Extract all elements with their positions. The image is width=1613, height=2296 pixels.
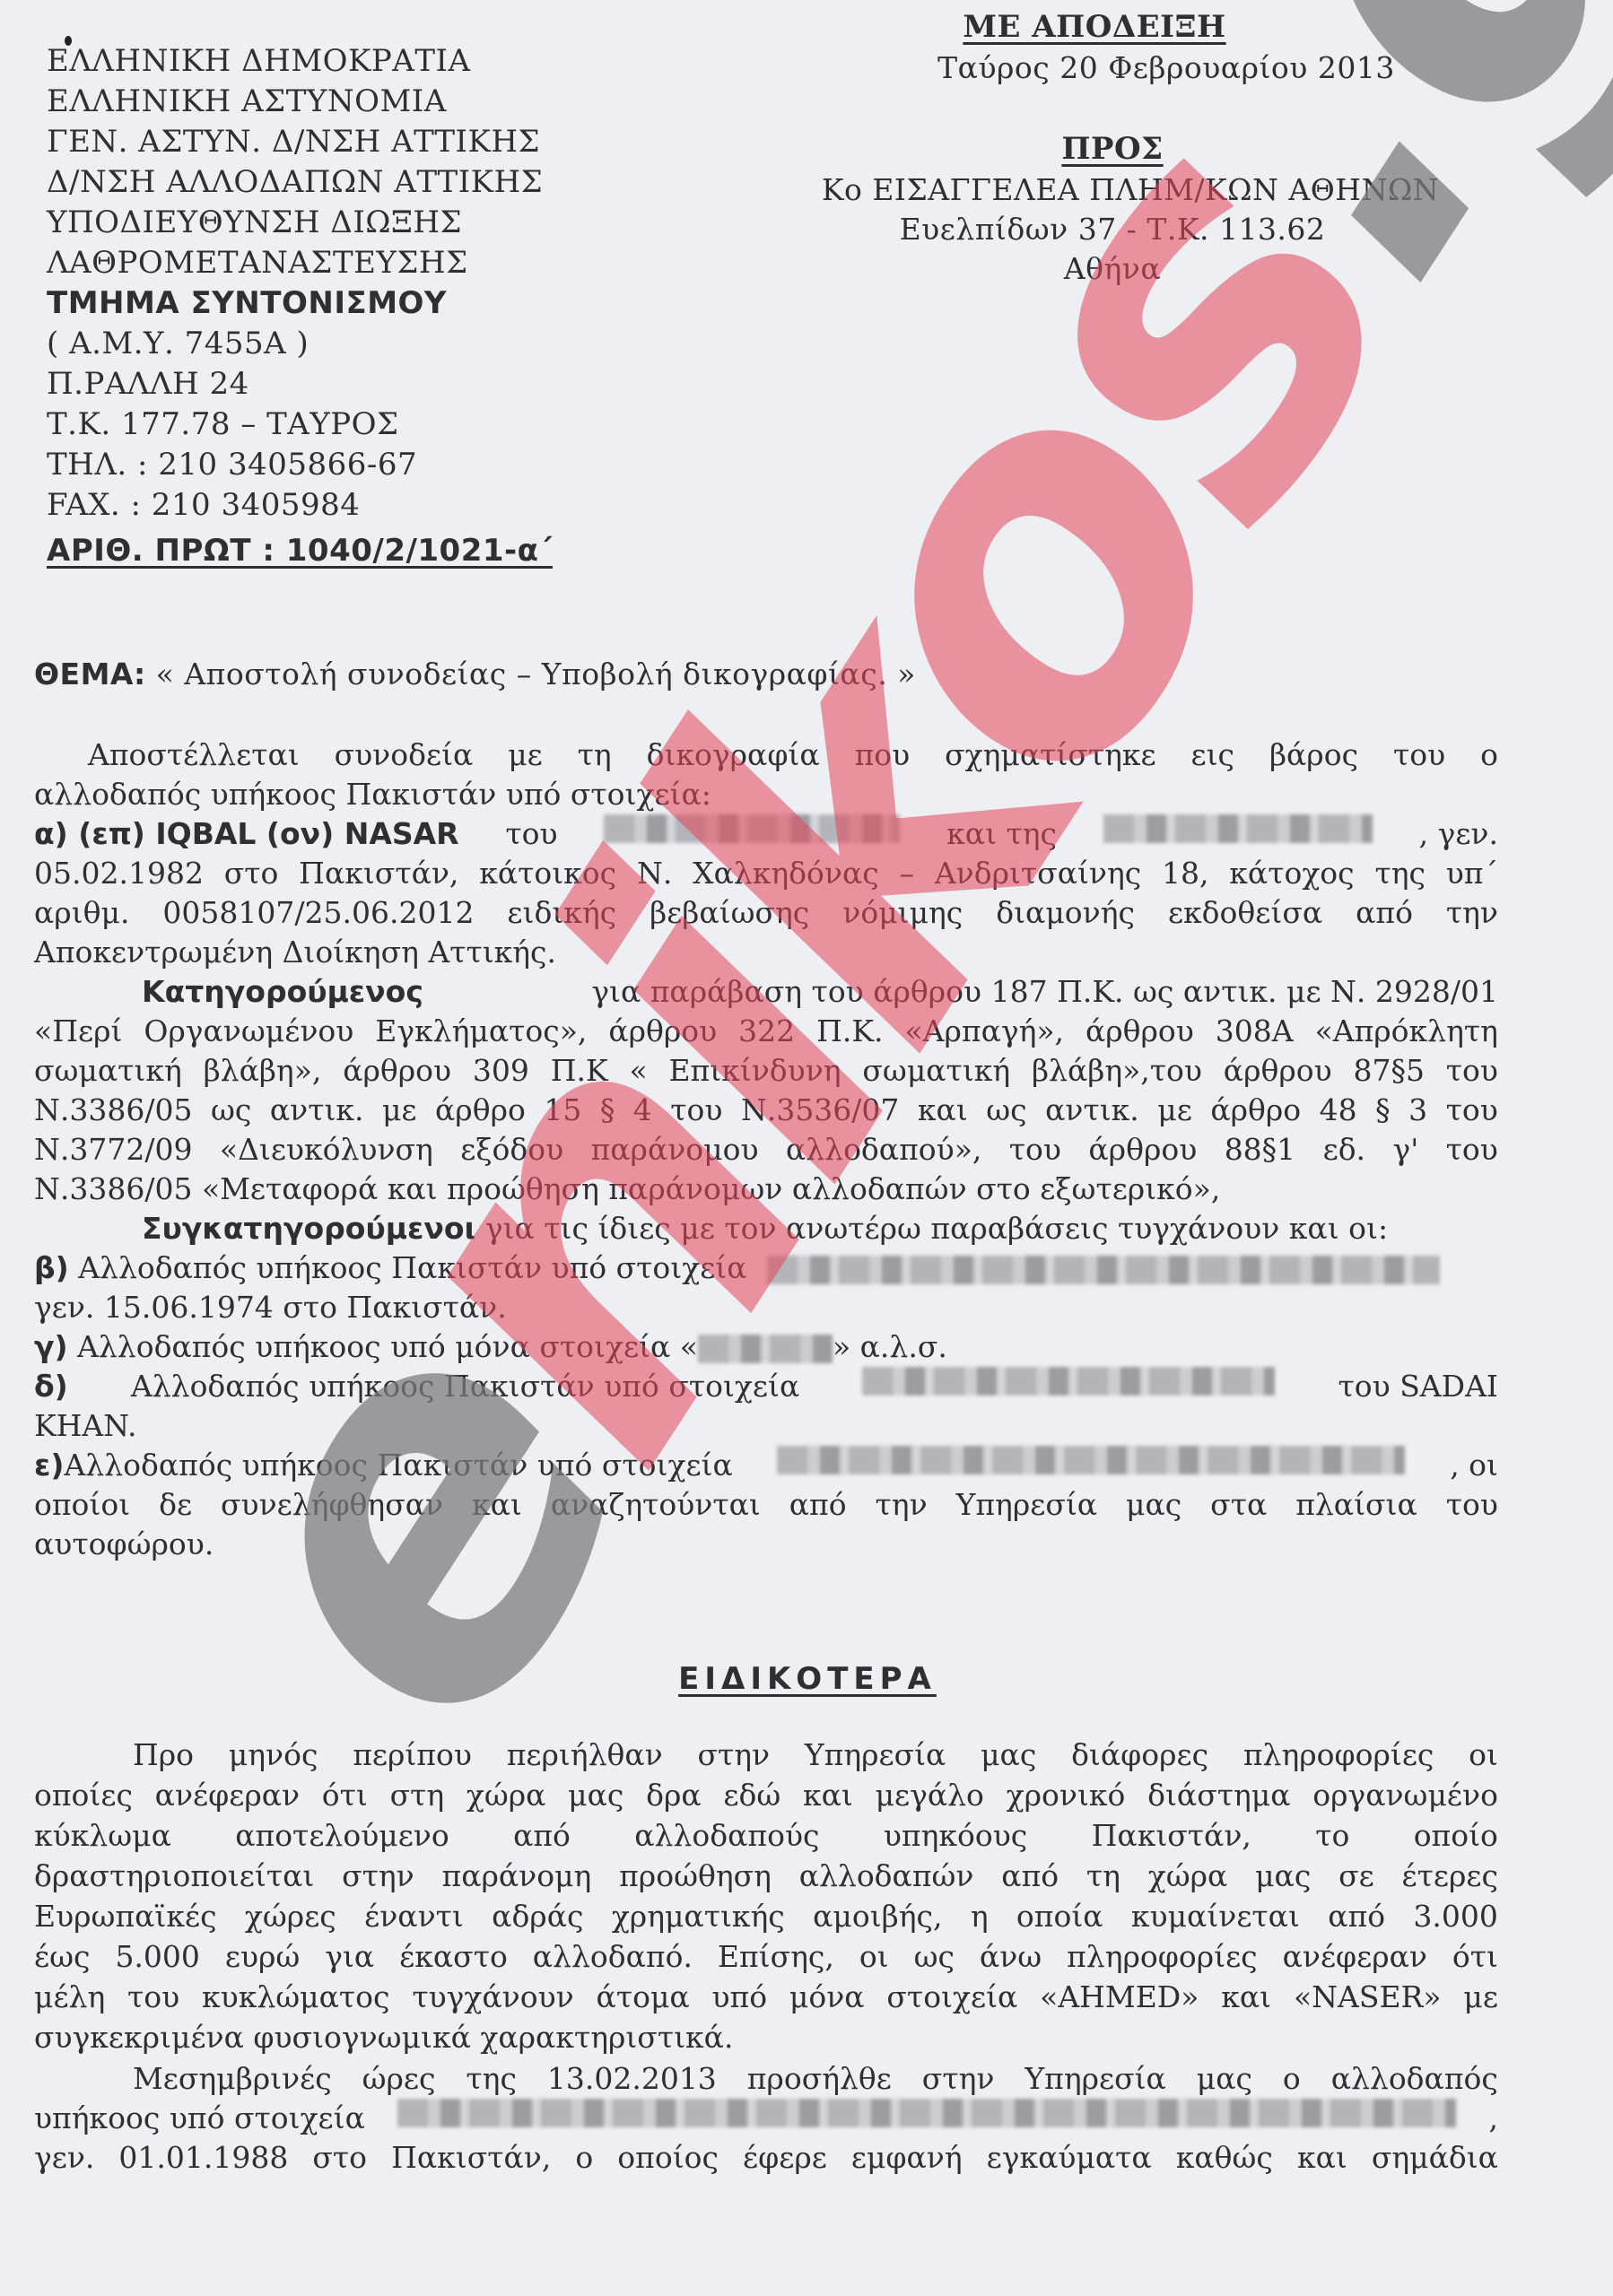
word: στο [224, 854, 279, 893]
details-line: δραστηριοποιείταιστηνπαράνομηπροώθησηαλλ… [34, 1857, 1498, 1896]
word: Πακιστάν, [391, 2138, 551, 2178]
word: και [918, 1091, 968, 1130]
word: αλλοδαπού», [786, 1130, 981, 1170]
word: έτερες [1402, 1857, 1498, 1896]
word: δικογραφία [647, 735, 820, 775]
word: 13.02.2013 [547, 2059, 717, 2099]
word: βεβαίωσης [650, 893, 809, 933]
text: για παράβαση του άρθρου 187 Π.Κ. ως αντι… [591, 972, 1498, 1012]
word: εδώ [723, 1776, 780, 1815]
word: Ανδριτσαίνης [935, 854, 1141, 893]
word: αλλοδαπούς [634, 1816, 819, 1856]
word: Επικίνδυνη [668, 1051, 841, 1091]
item-label: δ) [34, 1367, 68, 1406]
intro-line-2: αλλοδαπός υπήκοος Πακιστάν υπό στοιχεία: [34, 775, 1498, 814]
co-accused-b: β) Αλλοδαπός υπήκοος Πακιστάν υπό στοιχε… [34, 1248, 1498, 1288]
text: Αλλοδαπός υπήκοος Πακιστάν υπό στοιχεία [131, 1367, 799, 1406]
word: 88§1 [1225, 1130, 1296, 1170]
word: σημάδια [1372, 2138, 1498, 2178]
text: του SADAI [1338, 1367, 1498, 1406]
word: αντικ. [1045, 1091, 1139, 1130]
word: αλλοδαπός [1331, 2059, 1498, 2099]
word: αντικ. [270, 1091, 364, 1130]
intro-line-1: Αποστέλλεταισυνοδείαμετηδικογραφίαπουσχη… [34, 735, 1498, 775]
word: και [472, 1485, 522, 1525]
word: 48 [1320, 1091, 1357, 1130]
sender-header-line: Π.ΡΑΛΛΗ 24 [47, 364, 249, 404]
word: στην [342, 1857, 414, 1896]
word: αλλοδαπών [799, 1857, 974, 1896]
word: μας [1255, 1857, 1311, 1896]
word: ο [575, 2138, 593, 2178]
word: μηνός [229, 1735, 318, 1775]
word: με [382, 1091, 417, 1130]
word: διάφορες [1071, 1735, 1208, 1775]
charges-line: Ν.3386/05ωςαντικ.μεάρθρο15§4τουΝ.3536/07… [34, 1091, 1498, 1130]
word: με [1157, 1091, 1192, 1130]
word: έκαστο [399, 1937, 508, 1977]
word: στην [922, 2059, 995, 2099]
word: της [1374, 854, 1426, 893]
text: για τις ίδιες με τον ανωτέρω παραβάσεις … [475, 1211, 1388, 1246]
word: ο [1480, 735, 1498, 775]
sender-header-line: ΥΠΟΔΙΕΥΘΥΝΣΗ ΔΙΩΞΗΣ [47, 203, 462, 242]
recipient-city: Αθήνα [933, 249, 1292, 289]
word: ως [211, 1091, 251, 1130]
word: του [127, 1978, 179, 2017]
word: χώρα [1148, 1857, 1228, 1896]
word: εγκαύματα [987, 2138, 1152, 2178]
word: δε [159, 1485, 192, 1525]
co-accused-e: ε) Αλλοδαπός υπήκοος Πακιστάν υπό στοιχε… [34, 1446, 1498, 1485]
word: στη [390, 1776, 445, 1815]
word: μας [1197, 2059, 1252, 2099]
word: «AHMED» [1040, 1978, 1199, 2017]
word: αριθμ. [34, 893, 129, 933]
item-label: γ) [34, 1329, 68, 1364]
word: γεν. [34, 2138, 94, 2178]
word: 15 [544, 1091, 581, 1130]
place-date: Ταύρος 20 Φεβρουαρίου 2013 [861, 48, 1471, 88]
word: «NASER» [1294, 1978, 1442, 2017]
word: μας [1126, 1485, 1181, 1525]
word: και [1221, 1978, 1271, 2017]
word: κύκλωμα [34, 1816, 171, 1856]
charges-line: σωματικήβλάβη»,άρθρου309Π.Κ«Επικίνδυνησω… [34, 1051, 1498, 1091]
word: Αποστέλλεται [88, 735, 300, 775]
word: 87§5 [1353, 1051, 1425, 1091]
word: η [971, 1897, 989, 1936]
word: άρθρο [435, 1091, 526, 1130]
word: άρθρου [343, 1051, 451, 1091]
word: Ν.3772/09 [34, 1130, 192, 1170]
sender-header-line: Δ/ΝΣΗ ΑΛΛΟΔΑΠΩΝ ΑΤΤΙΚΗΣ [47, 162, 543, 202]
details-line: οποίεςανέφερανότιστηχώραμαςδραεδώκαιμεγά… [34, 1776, 1498, 1815]
accused-a-line: α) (επ) IQBAL (ον) NASAR του και της , γ… [34, 814, 1498, 854]
word: οποίο [1414, 1816, 1498, 1856]
word: ευρώ [225, 1937, 300, 1977]
word: πλαίσια [1295, 1485, 1417, 1525]
word: σωματική [34, 1051, 182, 1091]
details-line: μέλητουκυκλώματοςτυγχάνουνάτομαυπόμόναστ… [34, 1978, 1498, 2017]
word: διάστημα [1147, 1776, 1290, 1815]
details-line: Μεσημβρινέςώρεςτης13.02.2013προσήλθεστην… [34, 2059, 1498, 2099]
word: του [670, 1091, 722, 1130]
accused-a-line: 05.02.1982στοΠακιστάν,κάτοικοςΝ.Χαλκηδόν… [34, 854, 1498, 893]
word: του [1009, 1130, 1061, 1170]
charges-line: «ΠερίΟργανωμένουΕγκλήματος»,άρθρου322Π.Κ… [34, 1012, 1498, 1051]
redacted-name [604, 814, 900, 843]
recipient-address: Ευελπίδων 37 - Τ.Κ. 113.62 [825, 210, 1399, 249]
word: από [789, 1485, 847, 1525]
word: άρθρο [1210, 1091, 1301, 1130]
word: κυμαίνεται [1131, 1897, 1300, 1936]
word: ως [986, 1091, 1026, 1130]
word: τη [578, 735, 612, 775]
redacted-name [397, 2099, 1456, 2127]
word: με [508, 735, 543, 775]
to-label: ΠΡΟΣ [1023, 129, 1202, 169]
word: στο [312, 2138, 367, 2178]
word: για [325, 1937, 374, 1977]
word: «Περί [34, 1012, 122, 1051]
co-accused-c: γ) Αλλοδαπός υπήκοος υπό μόνα στοιχεία «… [34, 1327, 1498, 1367]
word: «Απρόκλητη [1315, 1012, 1498, 1051]
word: μέλη [34, 1978, 105, 2017]
word: αναζητούνται [551, 1485, 761, 1525]
word: ως [914, 1937, 955, 1977]
word: δραστηριοποιείται [34, 1857, 314, 1896]
word: Ν.3386/05 [34, 1091, 192, 1130]
word: χρηματικής [612, 1897, 785, 1936]
word: άρθρου [1224, 1051, 1332, 1091]
word: οποίος [617, 2138, 719, 2178]
word: κάτοχος [1229, 854, 1354, 893]
word: έναντι [364, 1897, 464, 1936]
details-line: υπήκοος υπό στοιχεία , [34, 2099, 1498, 2138]
word: οι [859, 1937, 889, 1977]
word: Υπηρεσία [1024, 2059, 1166, 2099]
word: αποτελούμενο [235, 1816, 449, 1856]
charges-line: Ν.3386/05 «Μεταφορά και προώθηση παράνομ… [34, 1170, 1498, 1209]
word: υπ΄ [1446, 854, 1498, 893]
word: ότι [1452, 1937, 1498, 1977]
word: τη [1086, 1857, 1120, 1896]
word: μόνα [789, 1978, 865, 2017]
word: του [1393, 735, 1445, 775]
recipient: Κο ΕΙΣΑΓΓΕΛΕΑ ΠΛΗΜ/ΚΩΝ ΑΘΗΝΩΝ [789, 170, 1471, 210]
subject-text: « Αποστολή συνοδείας – Υποβολή δικογραφί… [146, 657, 916, 691]
word: κυκλώματος [202, 1978, 389, 2017]
word: 322 [738, 1012, 795, 1051]
word: πληροφορίες [1243, 1735, 1434, 1775]
word: 5.000 [115, 1937, 199, 1977]
word: 3 [1408, 1091, 1427, 1130]
word: την [876, 1485, 928, 1525]
word: παράνομη [442, 1857, 592, 1896]
word: εδ. [1323, 1130, 1365, 1170]
word: Χαλκηδόνας [693, 854, 879, 893]
word: άρθρου [1088, 1130, 1197, 1170]
details-line: συγκεκριμένα φυσιογνωμικά χαρακτηριστικά… [34, 2018, 1498, 2057]
word: χώρες [245, 1897, 336, 1936]
word: και [803, 1776, 853, 1815]
word: από [513, 1816, 571, 1856]
word: νόμιμης [842, 893, 963, 933]
word: στην [697, 1735, 770, 1775]
details-line: ΠρομηνόςπερίπουπεριήλθανστηνΥπηρεσίαμαςδ… [34, 1735, 1498, 1775]
word: χώρα [466, 1776, 546, 1815]
details-line: έως5.000ευρώγιαέκαστοαλλοδαπό.Επίσης,οιω… [34, 1937, 1498, 1977]
word: ανέφεραν [1283, 1937, 1427, 1977]
word: κάτοικος [479, 854, 616, 893]
word: μας [981, 1735, 1036, 1775]
word: αμοιβής, [813, 1897, 942, 1936]
word: Εγκλήματος», [375, 1012, 587, 1051]
word: ανέφεραν [155, 1776, 300, 1815]
details-line: Ευρωπαϊκέςχώρεςέναντιαδράςχρηματικήςαμοι… [34, 1897, 1498, 1936]
charges-line: Κατηγορούμενος για παράβαση του άρθρου 1… [34, 972, 1498, 1012]
word: προσήλθε [747, 2059, 892, 2099]
word: Υπηρεσία [805, 1735, 946, 1775]
word: πληροφορίες [1067, 1937, 1258, 1977]
word: του [1446, 1485, 1498, 1525]
word: Επίσης, [718, 1937, 834, 1977]
word: έφερε [743, 2138, 827, 2178]
word: βλάβη», [204, 1051, 322, 1091]
sender-header-line: ( Α.Μ.Υ. 7455Α ) [47, 324, 309, 363]
word: ο [1283, 2059, 1301, 2099]
word: με [1463, 1978, 1498, 2017]
word: Π.Κ. [816, 1012, 883, 1051]
co-accused-b-cont: γεν. 15.06.1974 στο Πακιστάν. [34, 1288, 1498, 1327]
item-label: β) [34, 1250, 69, 1285]
redacted-name [767, 1256, 1440, 1284]
accused-a-line: Αποκεντρωμένη Διοίκηση Αττικής. [34, 933, 1498, 972]
sender-header-line: ΓΕΝ. ΑΣΤΥΝ. Δ/ΝΣΗ ΑΤΤΙΚΗΣ [47, 122, 540, 161]
item-label: ε) [34, 1446, 64, 1485]
text: του [505, 814, 557, 854]
closing-line: οποίοιδεσυνελήφθησανκαιαναζητούνταιαπότη… [34, 1485, 1498, 1525]
redacted-name [777, 1446, 1405, 1474]
word: 0058107/25.06.2012 [162, 893, 474, 933]
word: και [1297, 2138, 1347, 2178]
word: βάρος [1269, 735, 1358, 775]
word: μας [568, 1776, 623, 1815]
word: περιήλθαν [507, 1735, 663, 1775]
word: « [629, 1051, 647, 1091]
word: Πακιστάν, [1092, 1816, 1251, 1856]
word: 308Α [1216, 1012, 1294, 1051]
word: 309 [473, 1051, 529, 1091]
word: § [1375, 1091, 1391, 1130]
word: την [1446, 893, 1498, 933]
protocol-number: ΑΡΙΘ. ΠΡΩΤ : 1040/2/1021-α΄ [47, 531, 553, 570]
word: συνοδεία [335, 735, 474, 775]
details-line: κύκλωμααποτελούμενοαπόαλλοδαπούςυπηκόους… [34, 1816, 1498, 1856]
word: οποίες [34, 1776, 133, 1815]
word: ότι [322, 1776, 368, 1815]
text: , γεν. [1419, 814, 1498, 854]
word: δρα [646, 1776, 702, 1815]
word: του [1446, 1051, 1498, 1091]
word: βλάβη»,του [1032, 1051, 1202, 1091]
word: οργανωμένο [1312, 1776, 1498, 1815]
word: καθώς [1176, 2138, 1273, 2178]
word: οι [1469, 1735, 1498, 1775]
delivery-note: ΜΕ ΑΠΟΔΕΙΞΗ [897, 7, 1292, 47]
word: 4 [633, 1091, 652, 1130]
sender-header-line: ΤΗΛ. : 210 3405866-67 [47, 445, 417, 484]
word: τυγχάνουν [412, 1978, 573, 2017]
word: προώθηση [619, 1857, 772, 1896]
redacted-name [698, 1335, 833, 1363]
word: σε [1338, 1857, 1374, 1896]
word: υπό [711, 1978, 767, 2017]
word: χρονικό [1007, 1776, 1126, 1815]
word: άρθρου [1086, 1012, 1194, 1051]
word: σχηματίστηκε [945, 735, 1156, 775]
word: οποία [1016, 1897, 1103, 1936]
word: που [855, 735, 911, 775]
word: Ευρωπαϊκές [34, 1897, 217, 1936]
word: το [1315, 1816, 1349, 1856]
word: Υπηρεσία [956, 1485, 1098, 1525]
text: Αλλοδαπός υπήκοος Πακιστάν υπό στοιχεία [64, 1446, 732, 1485]
co-accused-line: Συγκατηγορούμενοι για τις ίδιες με τον α… [34, 1209, 1606, 1248]
word: υπηκόους [884, 1816, 1027, 1856]
sender-header-line: ΕΛΛΗΝΙΚΗ ΑΣΤΥΝΟΜΙΑ [47, 82, 447, 121]
sender-header-line: ΛΑΘΡΟΜΕΤΑΝΑΣΤΕΥΣΗΣ [47, 243, 468, 283]
word: εξόδου [460, 1130, 563, 1170]
word: συνελήφθησαν [221, 1485, 443, 1525]
word: άνω [980, 1937, 1042, 1977]
text: υπήκοος υπό στοιχεία [34, 2099, 365, 2138]
sender-header-line: Τ.Κ. 177.78 – ΤΑΥΡΟΣ [47, 404, 399, 444]
word: από [1001, 1857, 1059, 1896]
word: Μεσημβρινές [133, 2059, 332, 2099]
word: αδράς [492, 1897, 583, 1936]
word: της [466, 2059, 517, 2099]
word: από [1356, 893, 1413, 933]
word: Π.Κ [551, 1051, 608, 1091]
word: Ν. [637, 854, 672, 893]
word: ειδικής [507, 893, 616, 933]
redacted-name [862, 1367, 1275, 1396]
word: εκδοθείσα [1168, 893, 1322, 933]
word: 18, [1162, 854, 1208, 893]
word: οποίοι [34, 1485, 130, 1525]
word: παράνομου [591, 1130, 759, 1170]
text: , οι [1450, 1446, 1498, 1485]
sender-header-line: ΕΛΛΗΝΙΚΗ ΔΗΜΟΚΡΑΤΙΑ [47, 41, 471, 81]
word: του [1446, 1130, 1498, 1170]
co-accused-d-cont: KHAN. [34, 1406, 1498, 1446]
word: σωματική [862, 1051, 1010, 1091]
text: και της [946, 814, 1057, 854]
word: 3.000 [1413, 1897, 1497, 1936]
accused-a-name: α) (επ) IQBAL (ον) NASAR [34, 814, 459, 854]
word: ώρες [362, 2059, 436, 2099]
word: § [600, 1091, 615, 1130]
word: εμφανή [851, 2138, 963, 2178]
text: , [1489, 2099, 1499, 2138]
details-line: γεν.01.01.1988στοΠακιστάν,οοποίοςέφερεεμ… [34, 2138, 1498, 2178]
text: Αλλοδαπός υπήκοος υπό μόνα στοιχεία « [68, 1329, 698, 1364]
sender-header-line: ΤΜΗΜΑ ΣΥΝΤΟΝΙΣΜΟΥ [47, 283, 447, 323]
word: μεγάλο [876, 1776, 984, 1815]
word: από [1328, 1897, 1385, 1936]
word: γ' [1392, 1130, 1418, 1170]
word: 05.02.1982 [34, 854, 204, 893]
word: άτομα [597, 1978, 690, 2017]
word: – [900, 854, 915, 893]
word: του [1446, 1091, 1498, 1130]
charges-label: Κατηγορούμενος [142, 972, 423, 1012]
word: έως [34, 1937, 91, 1977]
word: διαμονής [996, 893, 1135, 933]
scanned-document-page: ΕΛΛΗΝΙΚΗ ΔΗΜΟΚΡΑΤΙΑΕΛΛΗΝΙΚΗ ΑΣΤΥΝΟΜΙΑΓΕΝ… [0, 0, 1613, 2296]
co-accused-label: Συγκατηγορούμενοι [142, 1211, 475, 1246]
word: Οργανωμένου [144, 1012, 353, 1051]
sender-header-line: FAX. : 210 3405984 [47, 485, 360, 525]
text: Αλλοδαπός υπήκοος Πακιστάν υπό στοιχεία [69, 1250, 747, 1285]
word: Πακιστάν, [299, 854, 458, 893]
charges-line: Ν.3772/09«Διευκόλυνσηεξόδουπαράνομουαλλο… [34, 1130, 1498, 1170]
word: Προ [133, 1735, 194, 1775]
redacted-name [1103, 814, 1373, 843]
co-accused-d: δ) Αλλοδαπός υπήκοος Πακιστάν υπό στοιχε… [34, 1367, 1498, 1406]
word: 01.01.1988 [118, 2138, 288, 2178]
word: αλλοδαπό. [533, 1937, 693, 1977]
word: στα [1210, 1485, 1267, 1525]
subject-label: ΘΕΜΑ: [34, 657, 146, 691]
word: άρθρου [608, 1012, 717, 1051]
text: » α.λ.σ. [833, 1329, 947, 1364]
closing-line: αυτοφώρου. [34, 1525, 1498, 1564]
accused-a-line: αριθμ.0058107/25.06.2012ειδικήςβεβαίωσης… [34, 893, 1498, 933]
section-title: ΕΙΔΙΚΟΤΕΡΑ [449, 1659, 1166, 1699]
word: περίπου [353, 1735, 472, 1775]
subject-line: ΘΕΜΑ: « Αποστολή συνοδείας – Υποβολή δικ… [34, 655, 916, 694]
word: «Αρπαγή», [904, 1012, 1064, 1051]
word: εις [1191, 735, 1235, 775]
word: Ν.3536/07 [741, 1091, 899, 1130]
word: στοιχεία [886, 1978, 1017, 2017]
word: «Διευκόλυνση [220, 1130, 433, 1170]
